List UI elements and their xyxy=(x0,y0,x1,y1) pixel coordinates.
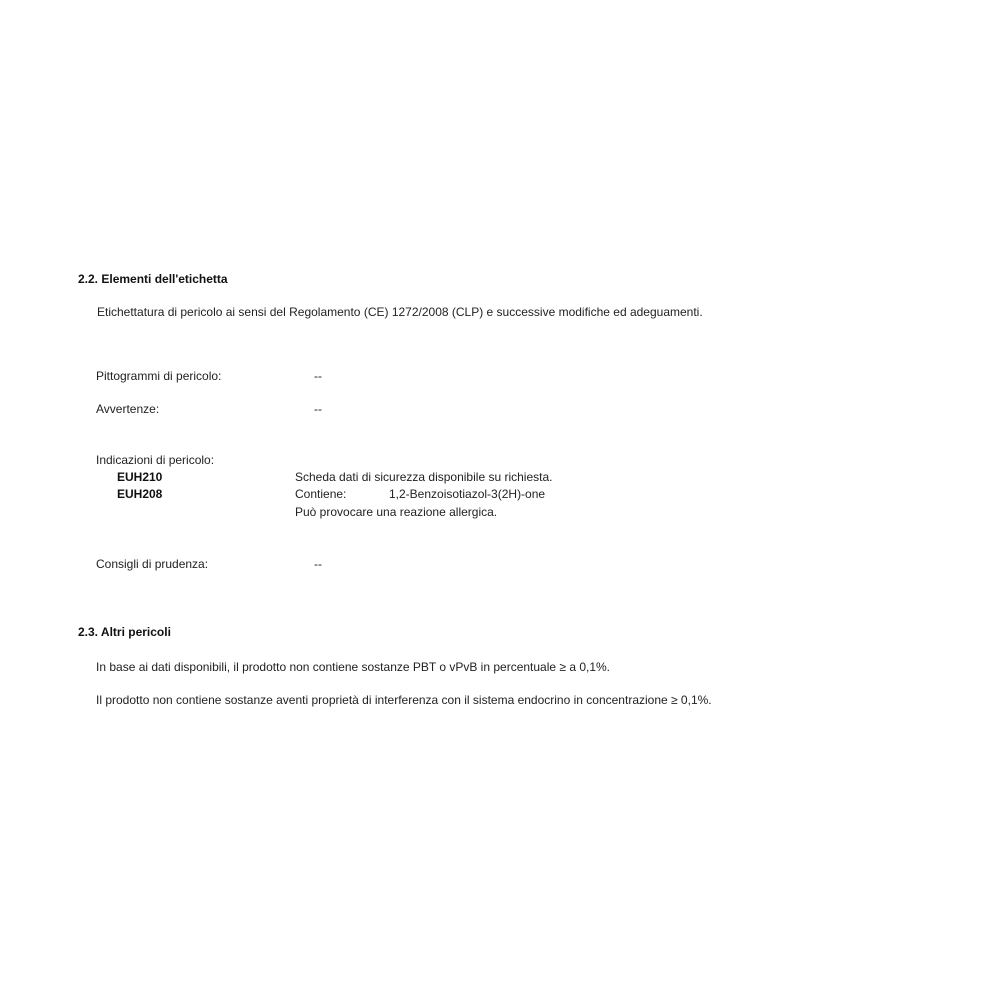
hazard-substance-euh208: 1,2-Benzoisotiazol-3(2H)-one xyxy=(389,487,545,501)
hazard-text-euh210: Scheda dati di sicurezza disponibile su … xyxy=(295,470,552,484)
section-2-3-paragraph: In base ai dati disponibili, il prodotto… xyxy=(96,660,610,674)
avvertenze-label: Avvertenze: xyxy=(96,402,159,416)
section-2-2-heading: 2.2. Elementi dell'etichetta xyxy=(78,272,228,286)
indicazioni-label: Indicazioni di pericolo: xyxy=(96,453,214,467)
consigli-label: Consigli di prudenza: xyxy=(96,557,208,571)
hazard-code-euh210: EUH210 xyxy=(117,470,162,484)
hazard-code-euh208: EUH208 xyxy=(117,487,162,501)
hazard-text-euh208: Contiene: xyxy=(295,487,346,501)
section-2-2-intro: Etichettatura di pericolo ai sensi del R… xyxy=(97,305,703,319)
consigli-value: -- xyxy=(314,557,322,571)
avvertenze-value: -- xyxy=(314,402,322,416)
section-2-3-heading: 2.3. Altri pericoli xyxy=(78,625,171,639)
pittogrammi-label: Pittogrammi di pericolo: xyxy=(96,369,221,383)
hazard-text2-euh208: Può provocare una reazione allergica. xyxy=(295,505,497,519)
section-2-3-paragraph: Il prodotto non contiene sostanze aventi… xyxy=(96,693,712,707)
pittogrammi-value: -- xyxy=(314,369,322,383)
